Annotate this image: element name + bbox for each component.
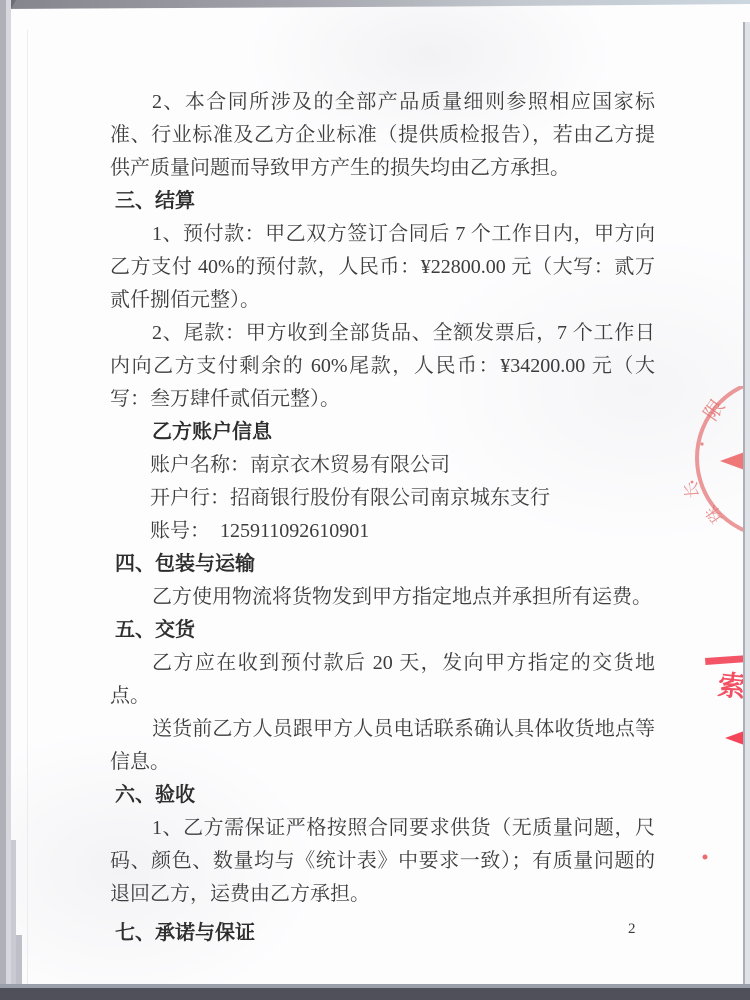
scan-edge-right-fill	[745, 22, 750, 994]
page-number: 2	[628, 921, 636, 938]
page-fold-line	[27, 30, 28, 988]
scan-edge-bottom	[0, 988, 750, 1000]
clause-acceptance-requirements: 1、乙方需保证严格按照合同要求供货（无质量问题，尺码、颜色、数量均与《统计表》中…	[110, 812, 655, 911]
seal-ink-speck	[691, 481, 694, 484]
subheading-party-b-account: 乙方账户信息	[152, 416, 655, 449]
seal-char: 长	[684, 481, 702, 500]
clause-delivery-contact: 送货前乙方人员跟甲方人员电话联系确认具体收货地点等信息。	[110, 713, 655, 779]
seal-ink-speck	[703, 855, 708, 860]
scanned-contract-page: 2、本合同所涉及的全部产品质量细则参照相应国家标准、行业标准及乙方企业标准（提供…	[0, 0, 750, 1000]
seal-stroke	[705, 655, 747, 665]
clause-final-payment: 2、尾款：甲方收到全部货品、全额发票后，7 个工作日内向乙方支付剩余的 60%尾…	[110, 317, 655, 416]
seal-ink-speck	[700, 442, 703, 445]
heading-delivery: 五、交货	[115, 614, 655, 647]
heading-packaging-transport: 四、包装与运输	[115, 548, 655, 581]
account-name-line: 账户名称：南京衣木贸易有限公司	[150, 449, 655, 482]
heading-settlement: 三、结算	[115, 185, 655, 218]
heading-acceptance: 六、验收	[115, 779, 655, 812]
red-seal-stamp-fragment: 索	[695, 650, 750, 870]
contract-body: 2、本合同所涉及的全部产品质量细则参照相应国家标准、行业标准及乙方企业标准（提供…	[110, 86, 655, 950]
clause-logistics-freight: 乙方使用物流将货物发到甲方指定地点并承担所有运费。	[110, 581, 655, 614]
clause-quality-standards: 2、本合同所涉及的全部产品质量细则参照相应国家标准、行业标准及乙方企业标准（提供…	[110, 86, 655, 185]
account-number-line: 账号： 125911092610901	[150, 515, 655, 548]
seal-char: 限	[699, 395, 729, 425]
bank-branch-line: 开户行：招商银行股份有限公司南京城东支行	[150, 482, 655, 515]
clause-advance-payment: 1、预付款：甲乙双方签订合同后 7 个工作日内，甲方向乙方支付 40%的预付款，…	[110, 218, 655, 317]
clause-delivery-time: 乙方应在收到预付款后 20 天，发向甲方指定的交货地点。	[110, 647, 655, 713]
seal-char: 珠	[702, 502, 727, 527]
company-seal-stamp-fragment: 限 长 珠	[684, 386, 750, 536]
heading-commitment-guarantee: 七、承诺与保证	[115, 917, 655, 950]
